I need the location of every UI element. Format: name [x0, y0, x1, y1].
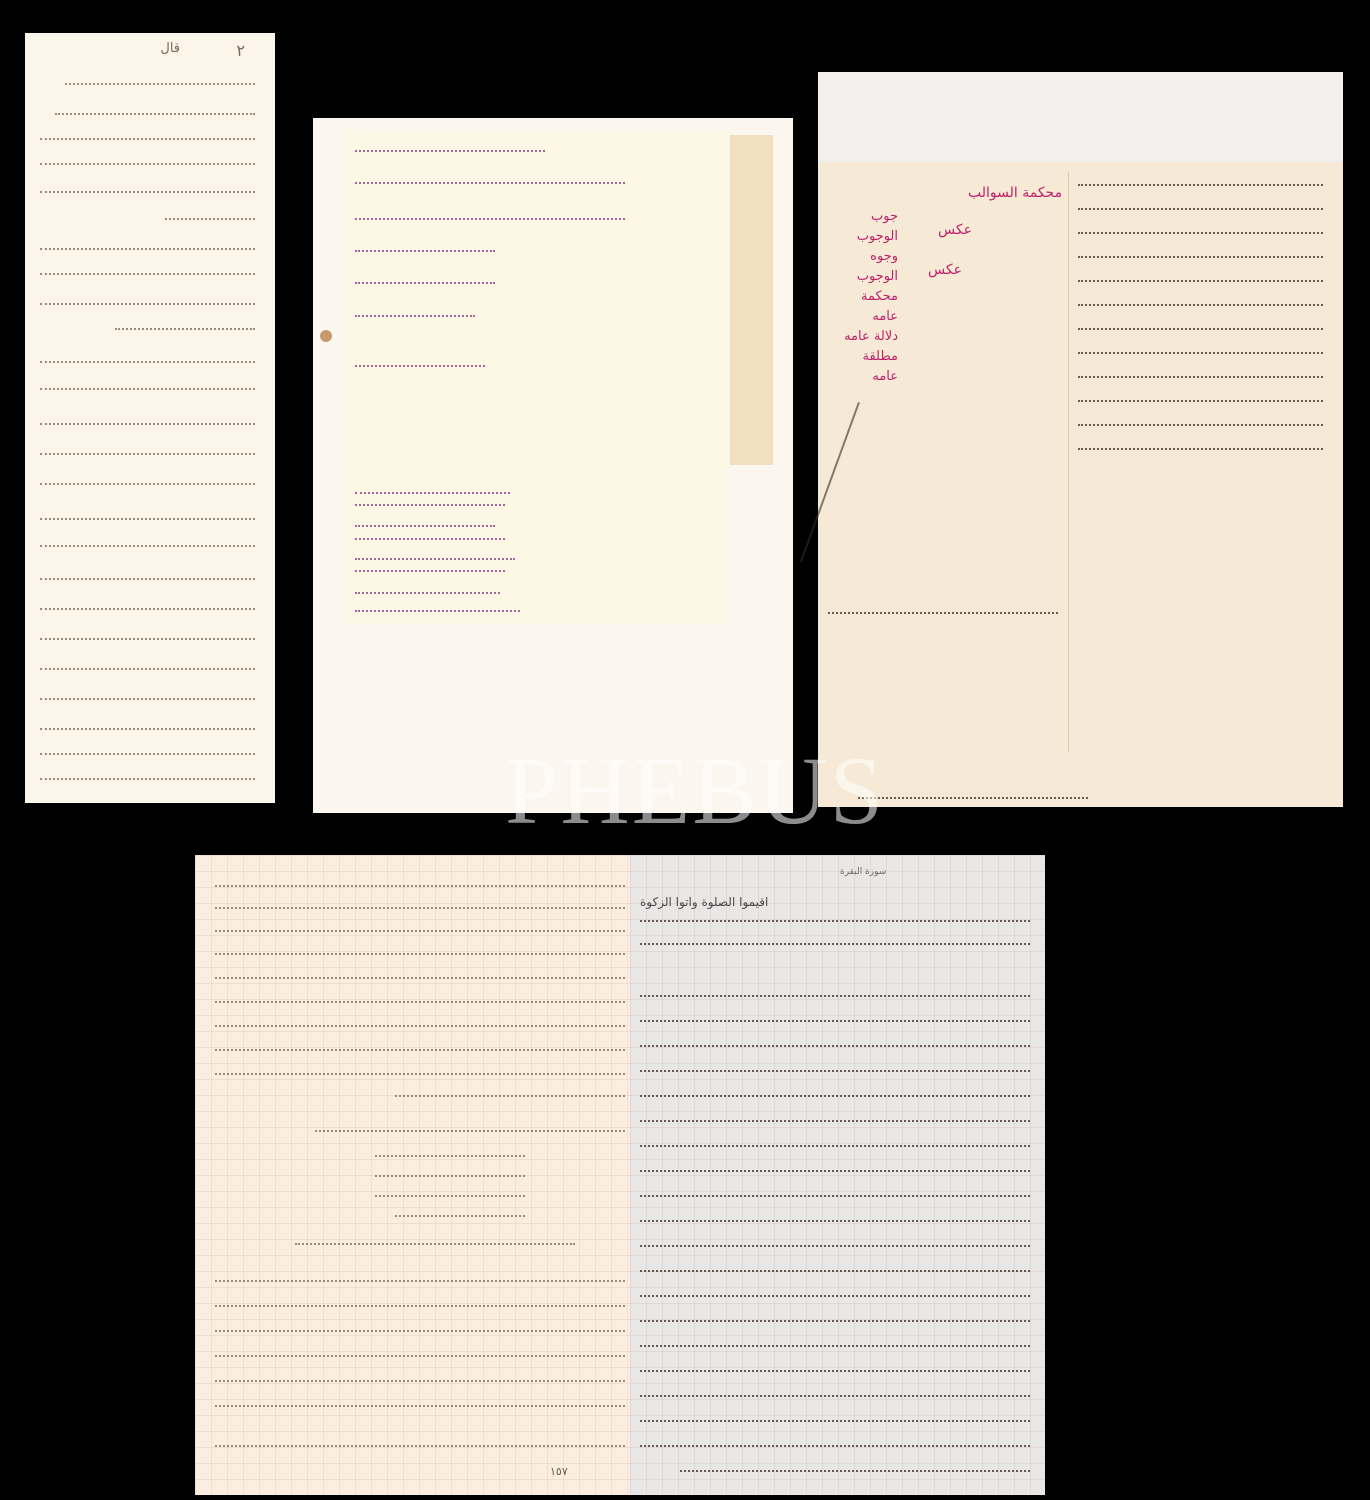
diagram-line — [800, 402, 860, 562]
document-sheet-3: جوب الوجوب وجوه الوجوب محكمة عامه دلالة … — [818, 72, 1343, 807]
magenta-label-2: عكس — [928, 262, 962, 278]
bottom-note — [858, 797, 1088, 799]
page-number: ١٥٧ — [550, 1465, 568, 1478]
magenta-notes: جوب الوجوب وجوه الوجوب محكمة عامه دلالة … — [838, 207, 898, 387]
document-stack-2-tan — [728, 135, 773, 465]
document-sheet-1: ۲ قال — [25, 33, 275, 803]
document-stack-2-top — [345, 130, 730, 470]
magenta-title: محكمة السوالب — [968, 185, 1062, 201]
document-notebook-4-left — [195, 855, 635, 1495]
magenta-label-1: عكس — [938, 222, 972, 238]
document-stack-2-lower — [345, 470, 725, 625]
right-page-title: اقيموا الصلوة واتوا الزكوة — [640, 895, 768, 909]
stain-mark — [320, 330, 332, 342]
document-notebook-4-right: سورة البقرة اقيموا الصلوة واتوا الزكوة ١… — [630, 855, 1045, 1495]
page-mark: ۲ — [236, 41, 245, 60]
watermark: PHEBUS — [505, 735, 885, 846]
fold-line — [1068, 172, 1069, 752]
heading: قال — [160, 41, 180, 56]
table-row-labels — [828, 612, 1058, 614]
right-page-header: سورة البقرة — [840, 867, 886, 877]
top-flap — [818, 72, 1343, 162]
